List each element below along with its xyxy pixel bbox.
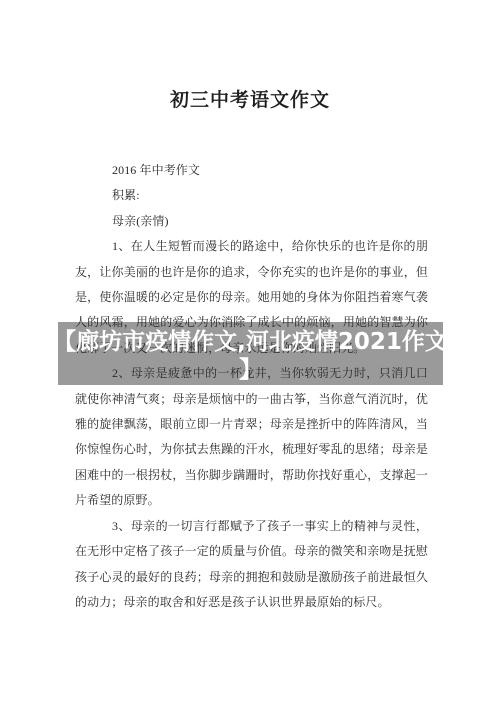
overlay-banner-text-line1: 【廊坊市疫情作文,河北疫情2021作文 [53, 328, 448, 356]
accumulate-label: 积累: [75, 183, 428, 208]
paragraph-3: 3、母亲的一切言行都赋予了孩子一事实上的精神与灵性，在无形中定格了孩子一定的质量… [75, 514, 428, 616]
overlay-banner: 【廊坊市疫情作文,河北疫情2021作文 】 [58, 322, 443, 385]
overlay-banner-text-line2: 】 [239, 356, 262, 384]
topic-label: 母亲(亲情) [75, 209, 428, 234]
document-subtitle: 2016 年中考作文 [75, 158, 428, 183]
document-title: 初三中考语文作文 [0, 89, 500, 113]
document-page: 初三中考语文作文 2016 年中考作文 积累: 母亲(亲情) 1、在人生短暂而漫… [0, 0, 500, 706]
document-body: 2016 年中考作文 积累: 母亲(亲情) 1、在人生短暂而漫长的路途中，给你快… [75, 158, 428, 615]
